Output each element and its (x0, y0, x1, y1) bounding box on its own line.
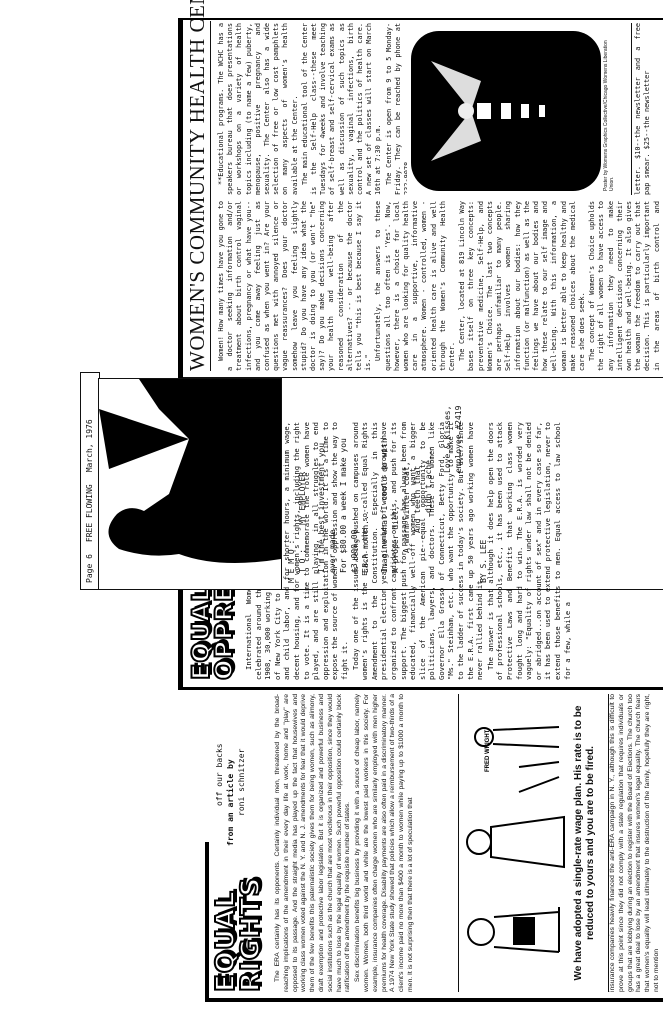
wchc-headline: WOMEN'S COMMUNITY HEALTH CENTER (185, 21, 211, 371)
page-header: Page 6 FREE FLOWING March, 1976 (80, 372, 100, 590)
memo-signoff: Love & Kisses, (442, 383, 453, 583)
cartoon-caption: We have adopted a single-rate wage plan.… (573, 694, 597, 992)
paragraph: The Center, located at 819 Lincoln Way b… (458, 201, 587, 371)
issue-date: March, 1976 (81, 419, 99, 472)
memo-poem: M E M O : T O : MY EMPLOYER I'm the best… (280, 379, 663, 590)
wchc-poster: Poster by Womens Graphics Collective/Chi… (411, 31, 621, 191)
wchc-col2-end: letter. $10--the newsletter and a free p… (631, 23, 663, 195)
paragraph: The main educational tool of the Center … (301, 23, 384, 195)
silhouette-photo (98, 378, 282, 590)
memo-label: M E M O : (286, 383, 297, 583)
equal-rights-title-line2: RIGHTS (239, 877, 264, 992)
equal-rights-subtitle: off our backs from an article by roni sc… (214, 696, 274, 846)
page-number: Page 6 (81, 554, 99, 583)
memo-line: And teeth that (412, 383, 423, 583)
poster-image (411, 31, 601, 191)
paragraph: insurance companies heavily financed the… (609, 694, 661, 992)
paragraph: **Educational programs. The WCHC has a s… (217, 23, 300, 195)
memo-to-label: T O : (297, 549, 308, 573)
paper-name: FREE FLOWING (81, 484, 99, 542)
memo-line: A warm winter coat, (401, 383, 412, 583)
frame-left-rule (205, 998, 663, 1002)
equal-rights-title-line1: EQUAL (214, 877, 239, 992)
woman-silhouette-icon (99, 379, 281, 589)
memo-line: For $80.00 a week I make you (338, 383, 349, 583)
paragraph: The ERA certainly has its opponents. Cer… (274, 694, 353, 992)
newspaper-page: EQUAL RIGHTS off our backs from an artic… (0, 0, 663, 1024)
equal-rights-headline: EQUAL RIGHTS (214, 877, 263, 992)
source-line: off our backs (214, 696, 225, 846)
column-divider (183, 687, 663, 690)
frame-top-edge (205, 842, 209, 1002)
memo-line: Each month... (360, 383, 371, 583)
memo-line: didn't ache... (423, 383, 434, 583)
memo-line: $3,000.00 (349, 383, 360, 583)
cartoon: FRED WRIGHT We have adopted a single-rat… (458, 694, 607, 992)
memo-body: M E M O : T O : MY EMPLOYER I'm the best… (286, 383, 656, 583)
memo-line: ever made (327, 383, 338, 583)
paragraph: Women! How many times have you gone to a… (217, 201, 373, 371)
memo-line: Imagine what I could do with (379, 383, 390, 583)
paragraph: Sex discrimination benefits big business… (354, 694, 416, 992)
author-name: roni schnitzer (236, 696, 247, 846)
paragraph: Unfortunately, the answers to these ques… (374, 201, 457, 371)
wchc-col1: Women! How many times have you gone to a… (217, 201, 661, 371)
paragraph: The concept of Women's Choice upholds th… (588, 201, 661, 371)
memo-line: A proper diet, (390, 383, 401, 583)
equal-rights-article: EQUAL RIGHTS off our backs from an artic… (210, 690, 663, 996)
memo-signature: employee #2419 (453, 383, 464, 583)
paragraph: The Center is open from 9 to 5 Monday-Fr… (385, 23, 407, 195)
paragraph: letter. $10--the newsletter and a free p… (634, 23, 652, 195)
memo-recipient: MY EMPLOYER (297, 472, 308, 525)
poster-credit: Poster by Womens Graphics Collective/Chi… (603, 31, 615, 191)
memo-byline: BY S. LEE (478, 383, 489, 583)
wchc-article: WOMEN'S COMMUNITY HEALTH CENTER Women! H… (183, 19, 663, 378)
memo-line: I'm the best investment you (316, 383, 327, 583)
winged-woman-icon (411, 31, 601, 191)
equal-rights-body-end: insurance companies heavily financed the… (608, 694, 661, 992)
equal-rights-body: The ERA certainly has its opponents. Cer… (274, 694, 454, 992)
wchc-col2-top: **Educational programs. The WCHC has a s… (217, 23, 407, 195)
from-article-line: from an article by (225, 696, 236, 846)
cartoon-credit: FRED WRIGHT (485, 729, 491, 772)
cartoon-drawing-icon: FRED WRIGHT (459, 694, 569, 992)
